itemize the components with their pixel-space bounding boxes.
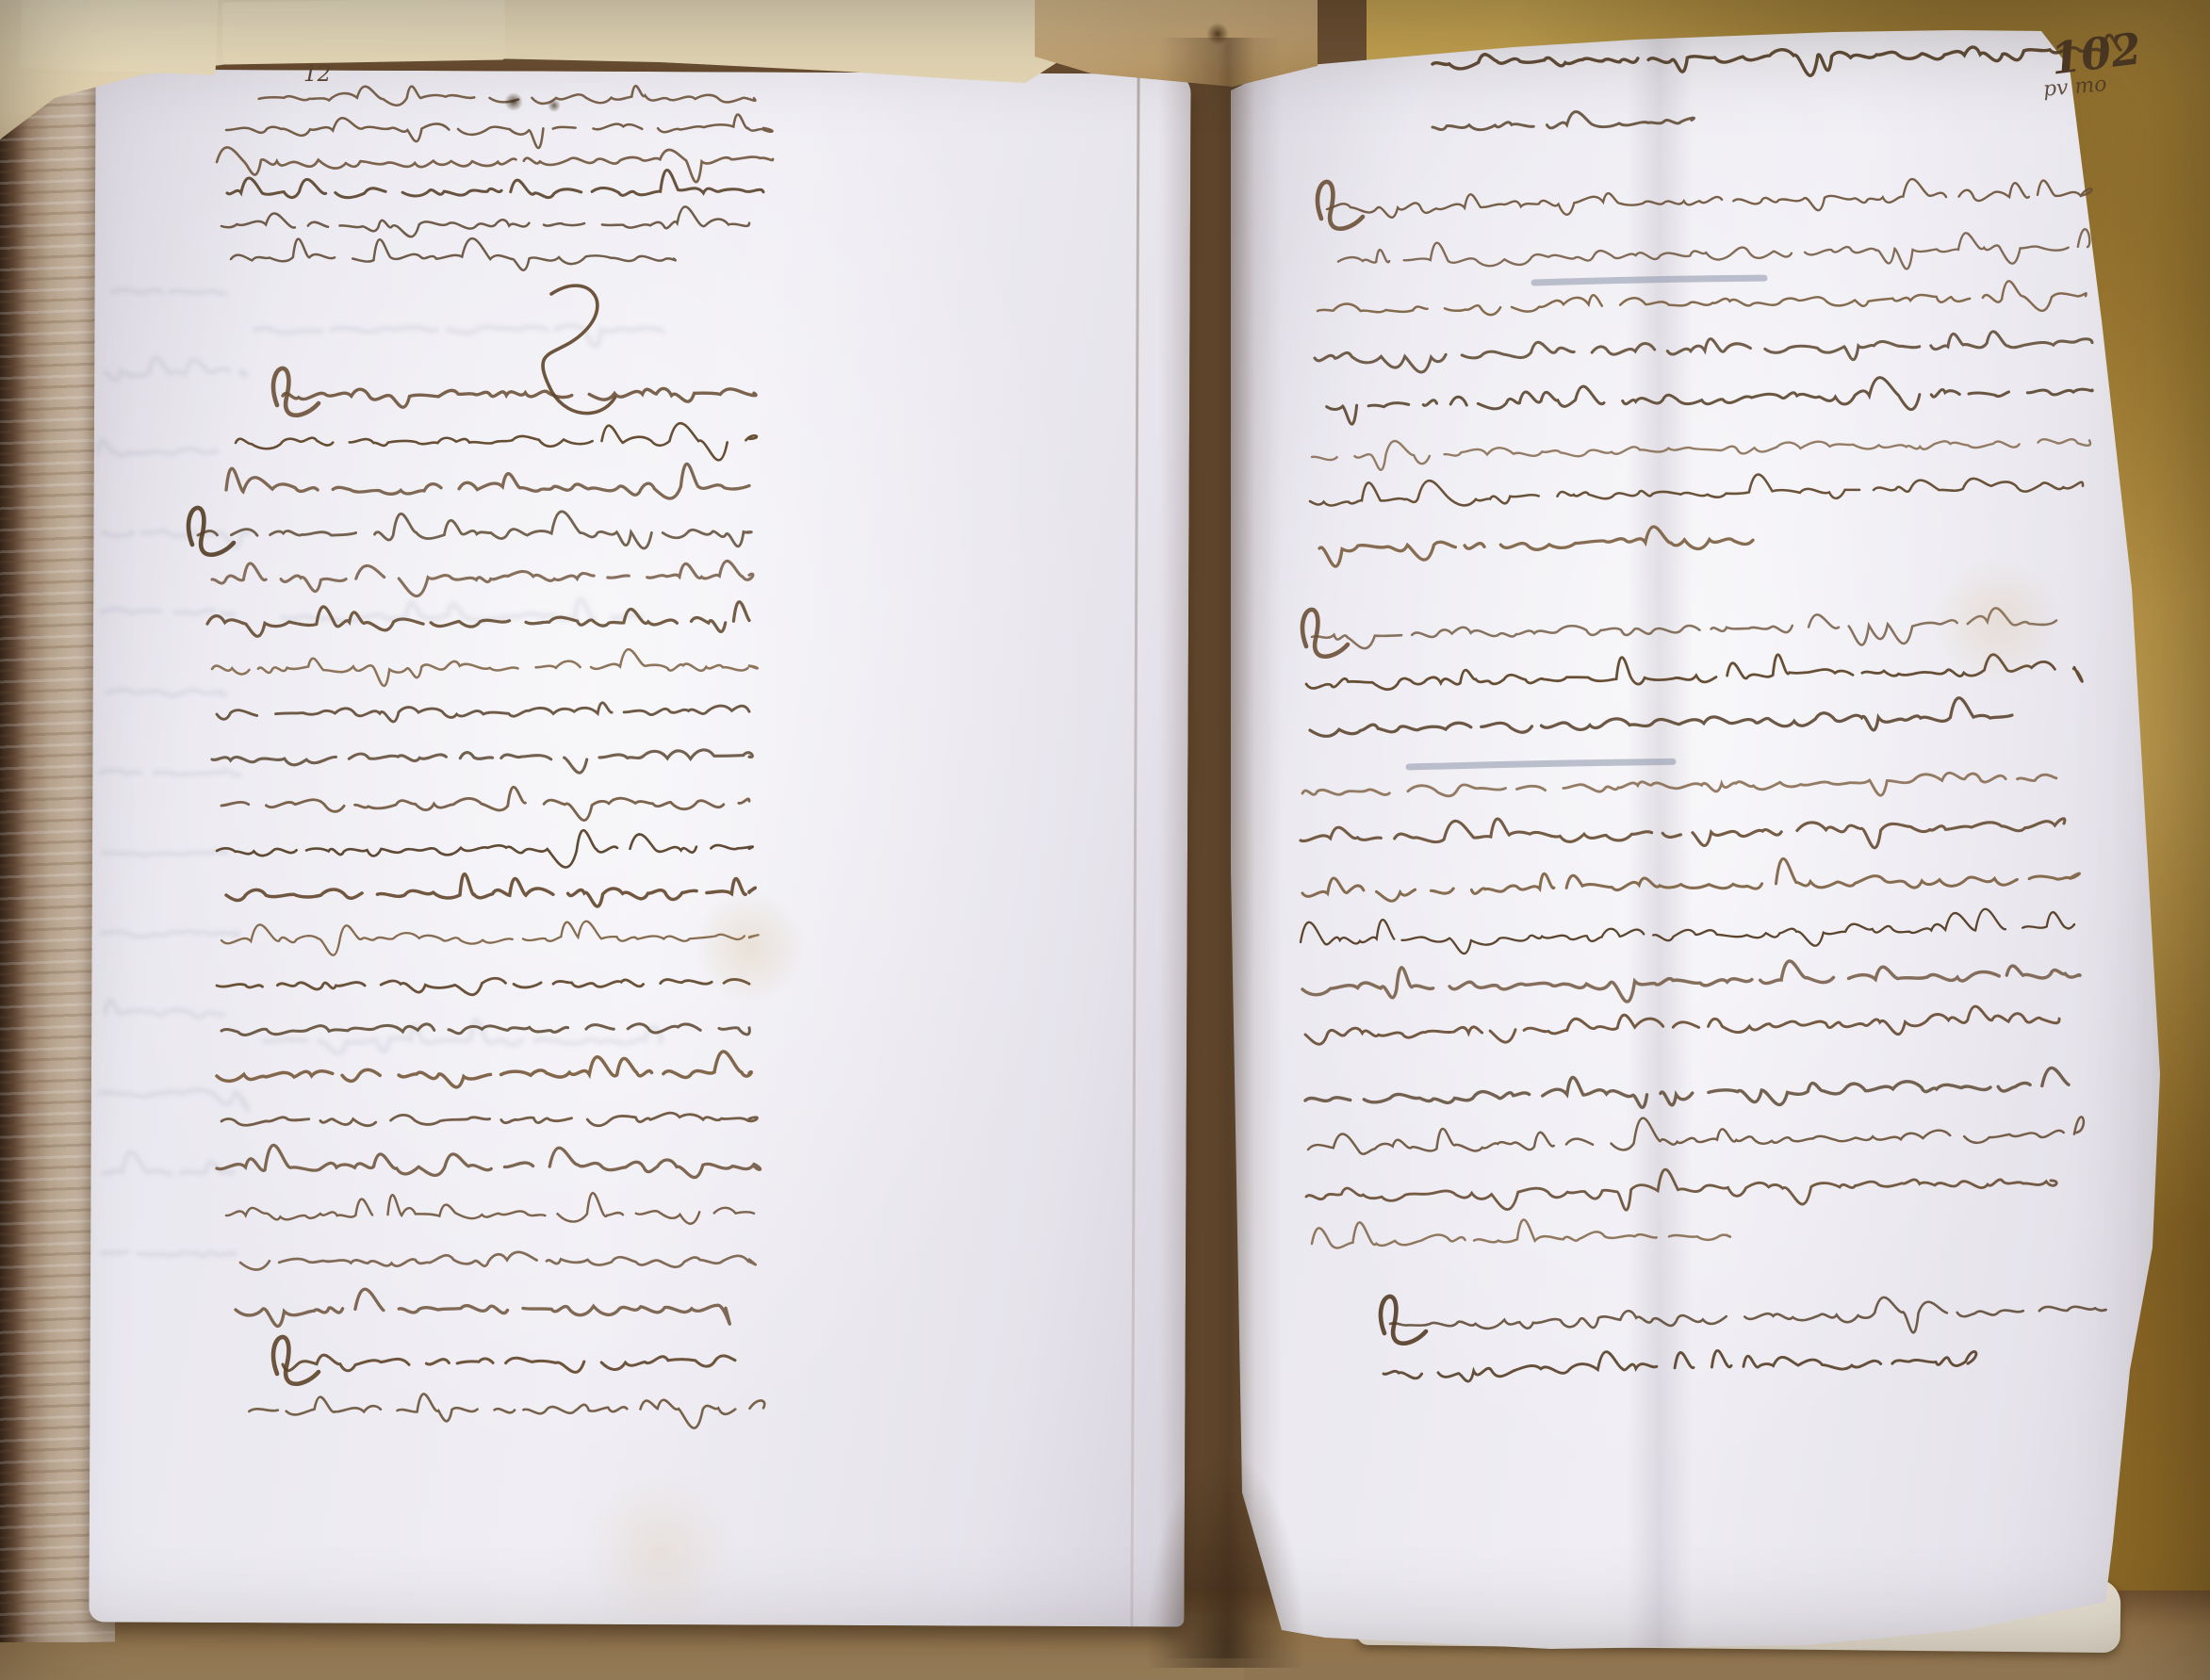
manuscript-photo: 102 pv mo 12 (0, 0, 2210, 1680)
photo-vignette (0, 0, 2210, 1680)
